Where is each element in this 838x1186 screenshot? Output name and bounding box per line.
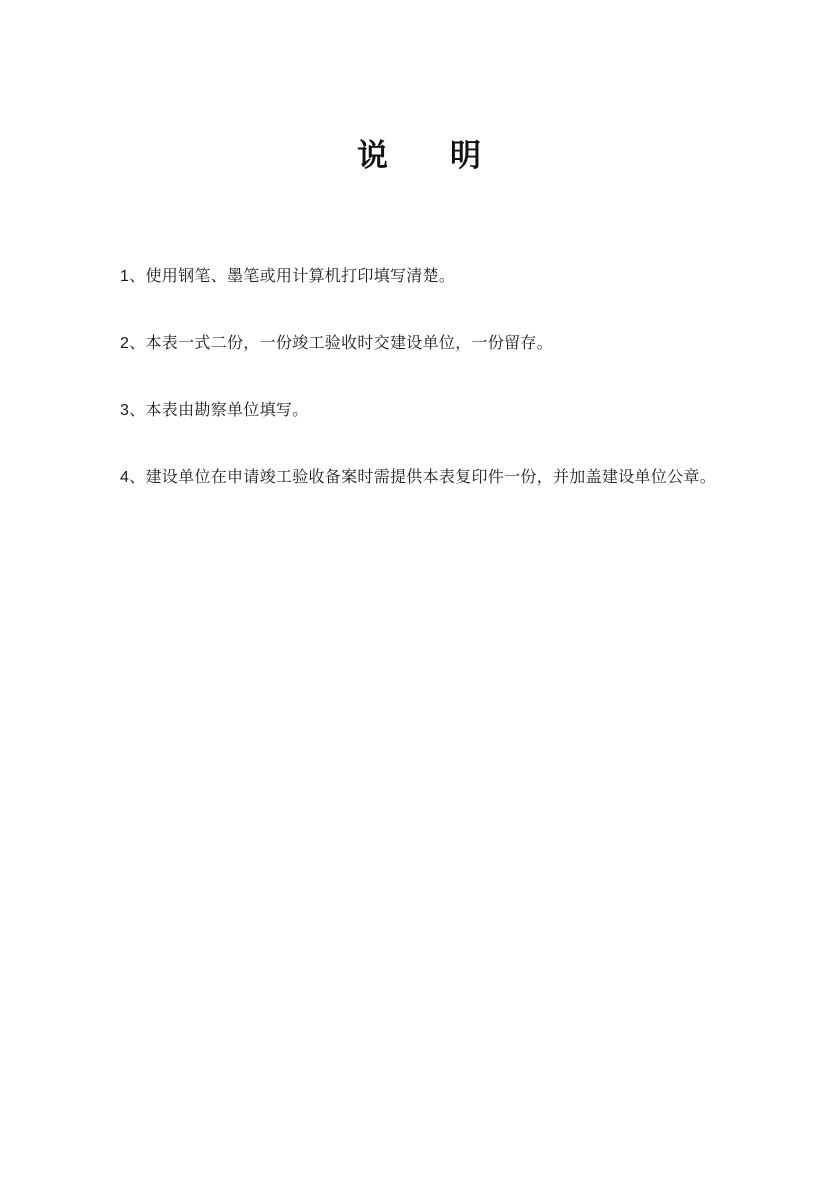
note-item-2: 2、本表一式二份，一份竣工验收时交建设单位，一份留存。 [120, 334, 768, 354]
notes-list: 1、使用钢笔、墨笔或用计算机打印填写清楚。 2、本表一式二份，一份竣工验收时交建… [0, 267, 838, 488]
note-item-1: 1、使用钢笔、墨笔或用计算机打印填写清楚。 [120, 267, 768, 287]
document-page: 说 明 1、使用钢笔、墨笔或用计算机打印填写清楚。 2、本表一式二份，一份竣工验… [0, 0, 838, 1186]
page-title: 说 明 [0, 0, 838, 171]
note-item-3: 3、本表由勘察单位填写。 [120, 401, 768, 421]
note-item-4: 4、建设单位在申请竣工验收备案时需提供本表复印件一份，并加盖建设单位公章。 [120, 468, 768, 488]
